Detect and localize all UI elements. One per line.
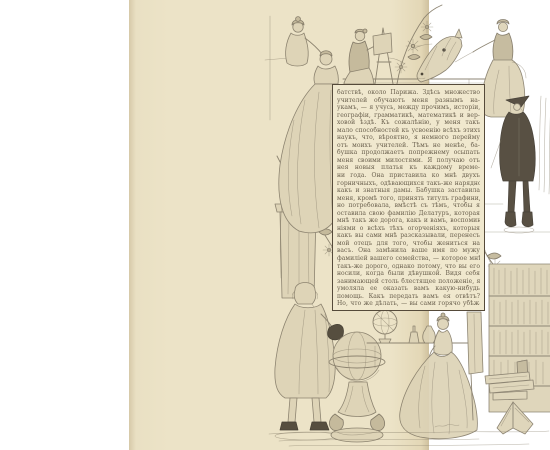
text-line: мало способностей къ усвоенію всѣхъ этих… <box>337 127 480 135</box>
text-line: меня, кромѣ того, принять титулъ графини… <box>337 195 480 203</box>
easel <box>373 28 393 84</box>
text-line: меня своими милостями. Я получаю отъ <box>337 157 480 165</box>
text-line: какъ вы сами мнѣ разсказывали, перенесъ <box>337 232 480 240</box>
text-panel-lines: батствѣ, около Парижа. Здѣсь множествоуч… <box>337 89 480 308</box>
text-line: отъ моихъ учителей. Тѣмъ не менѣе, ба- <box>337 142 480 150</box>
text-line: носили, когда были дѣвушкой. Видя себя <box>337 270 480 278</box>
text-line: ховой ѣздѣ. Къ сожалѣнію, у меня такъ <box>337 119 480 127</box>
text-line: Но, что же дѣлать, — вы сами горячо убѣж… <box>337 300 480 308</box>
text-line: ніями о всѣхъ тѣхъ огорченіяхъ, которыя <box>337 225 480 233</box>
text-line: но потребовала, вмѣстѣ съ тѣмъ, чтобы я <box>337 202 480 210</box>
text-line: бушка продолжаетъ попрежнему осыпать <box>337 149 480 157</box>
text-line: фамиліей вашего семейства, — которое мнѣ <box>337 255 480 263</box>
scan-background: батствѣ, около Парижа. Здѣсь множествоуч… <box>0 0 550 450</box>
text-line: мнѣ такъ же дорога, какъ и вамъ, воспоми… <box>337 217 480 225</box>
book-page: батствѣ, около Парижа. Здѣсь множествоуч… <box>129 0 429 450</box>
text-line: васъ. Она замѣнила ваше имя по мужу <box>337 247 480 255</box>
text-line: какъ и знатныя дамы. Бабушка заставила <box>337 187 480 195</box>
text-line: батствѣ, около Парижа. Здѣсь множество <box>337 89 480 97</box>
text-line: горничныхъ, одѣвающихся такъ-же нарядно, <box>337 180 480 188</box>
seated-young-lady-figure <box>400 312 483 439</box>
text-line: помощь. Какъ передать вамъ ея отвѣтъ? <box>337 293 480 301</box>
text-line: оставила свою фамилію Делатуръ, которая <box>337 210 480 218</box>
text-line: занимающей столь блестящее положеніе, я <box>337 278 480 286</box>
text-line: наукъ, что, вѣроятно, я немного перейму <box>337 134 480 142</box>
text-line: нея новыя платья къ каждому време- <box>337 164 480 172</box>
text-line: мой отецъ для того, чтобы жениться на <box>337 240 480 248</box>
text-line: укамъ, — я учусь, между прочимъ, исторіи… <box>337 104 480 112</box>
text-line: такъ-же дорого, однако потому, что вы ег… <box>337 263 480 271</box>
text-line: ни года. Она приставила ко мнѣ двухъ <box>337 172 480 180</box>
terrestrial-globe <box>329 332 385 442</box>
armillary-sphere-table <box>367 310 481 368</box>
text-line: географіи, грамматикѣ, математикѣ и вер- <box>337 112 480 120</box>
text-panel: батствѣ, около Парижа. Здѣсь множествоуч… <box>332 84 485 311</box>
text-line: учителей обучаютъ меня разнымъ на- <box>337 97 480 105</box>
text-line: умоляла ее оказать вамъ какую-нибудь <box>337 285 480 293</box>
